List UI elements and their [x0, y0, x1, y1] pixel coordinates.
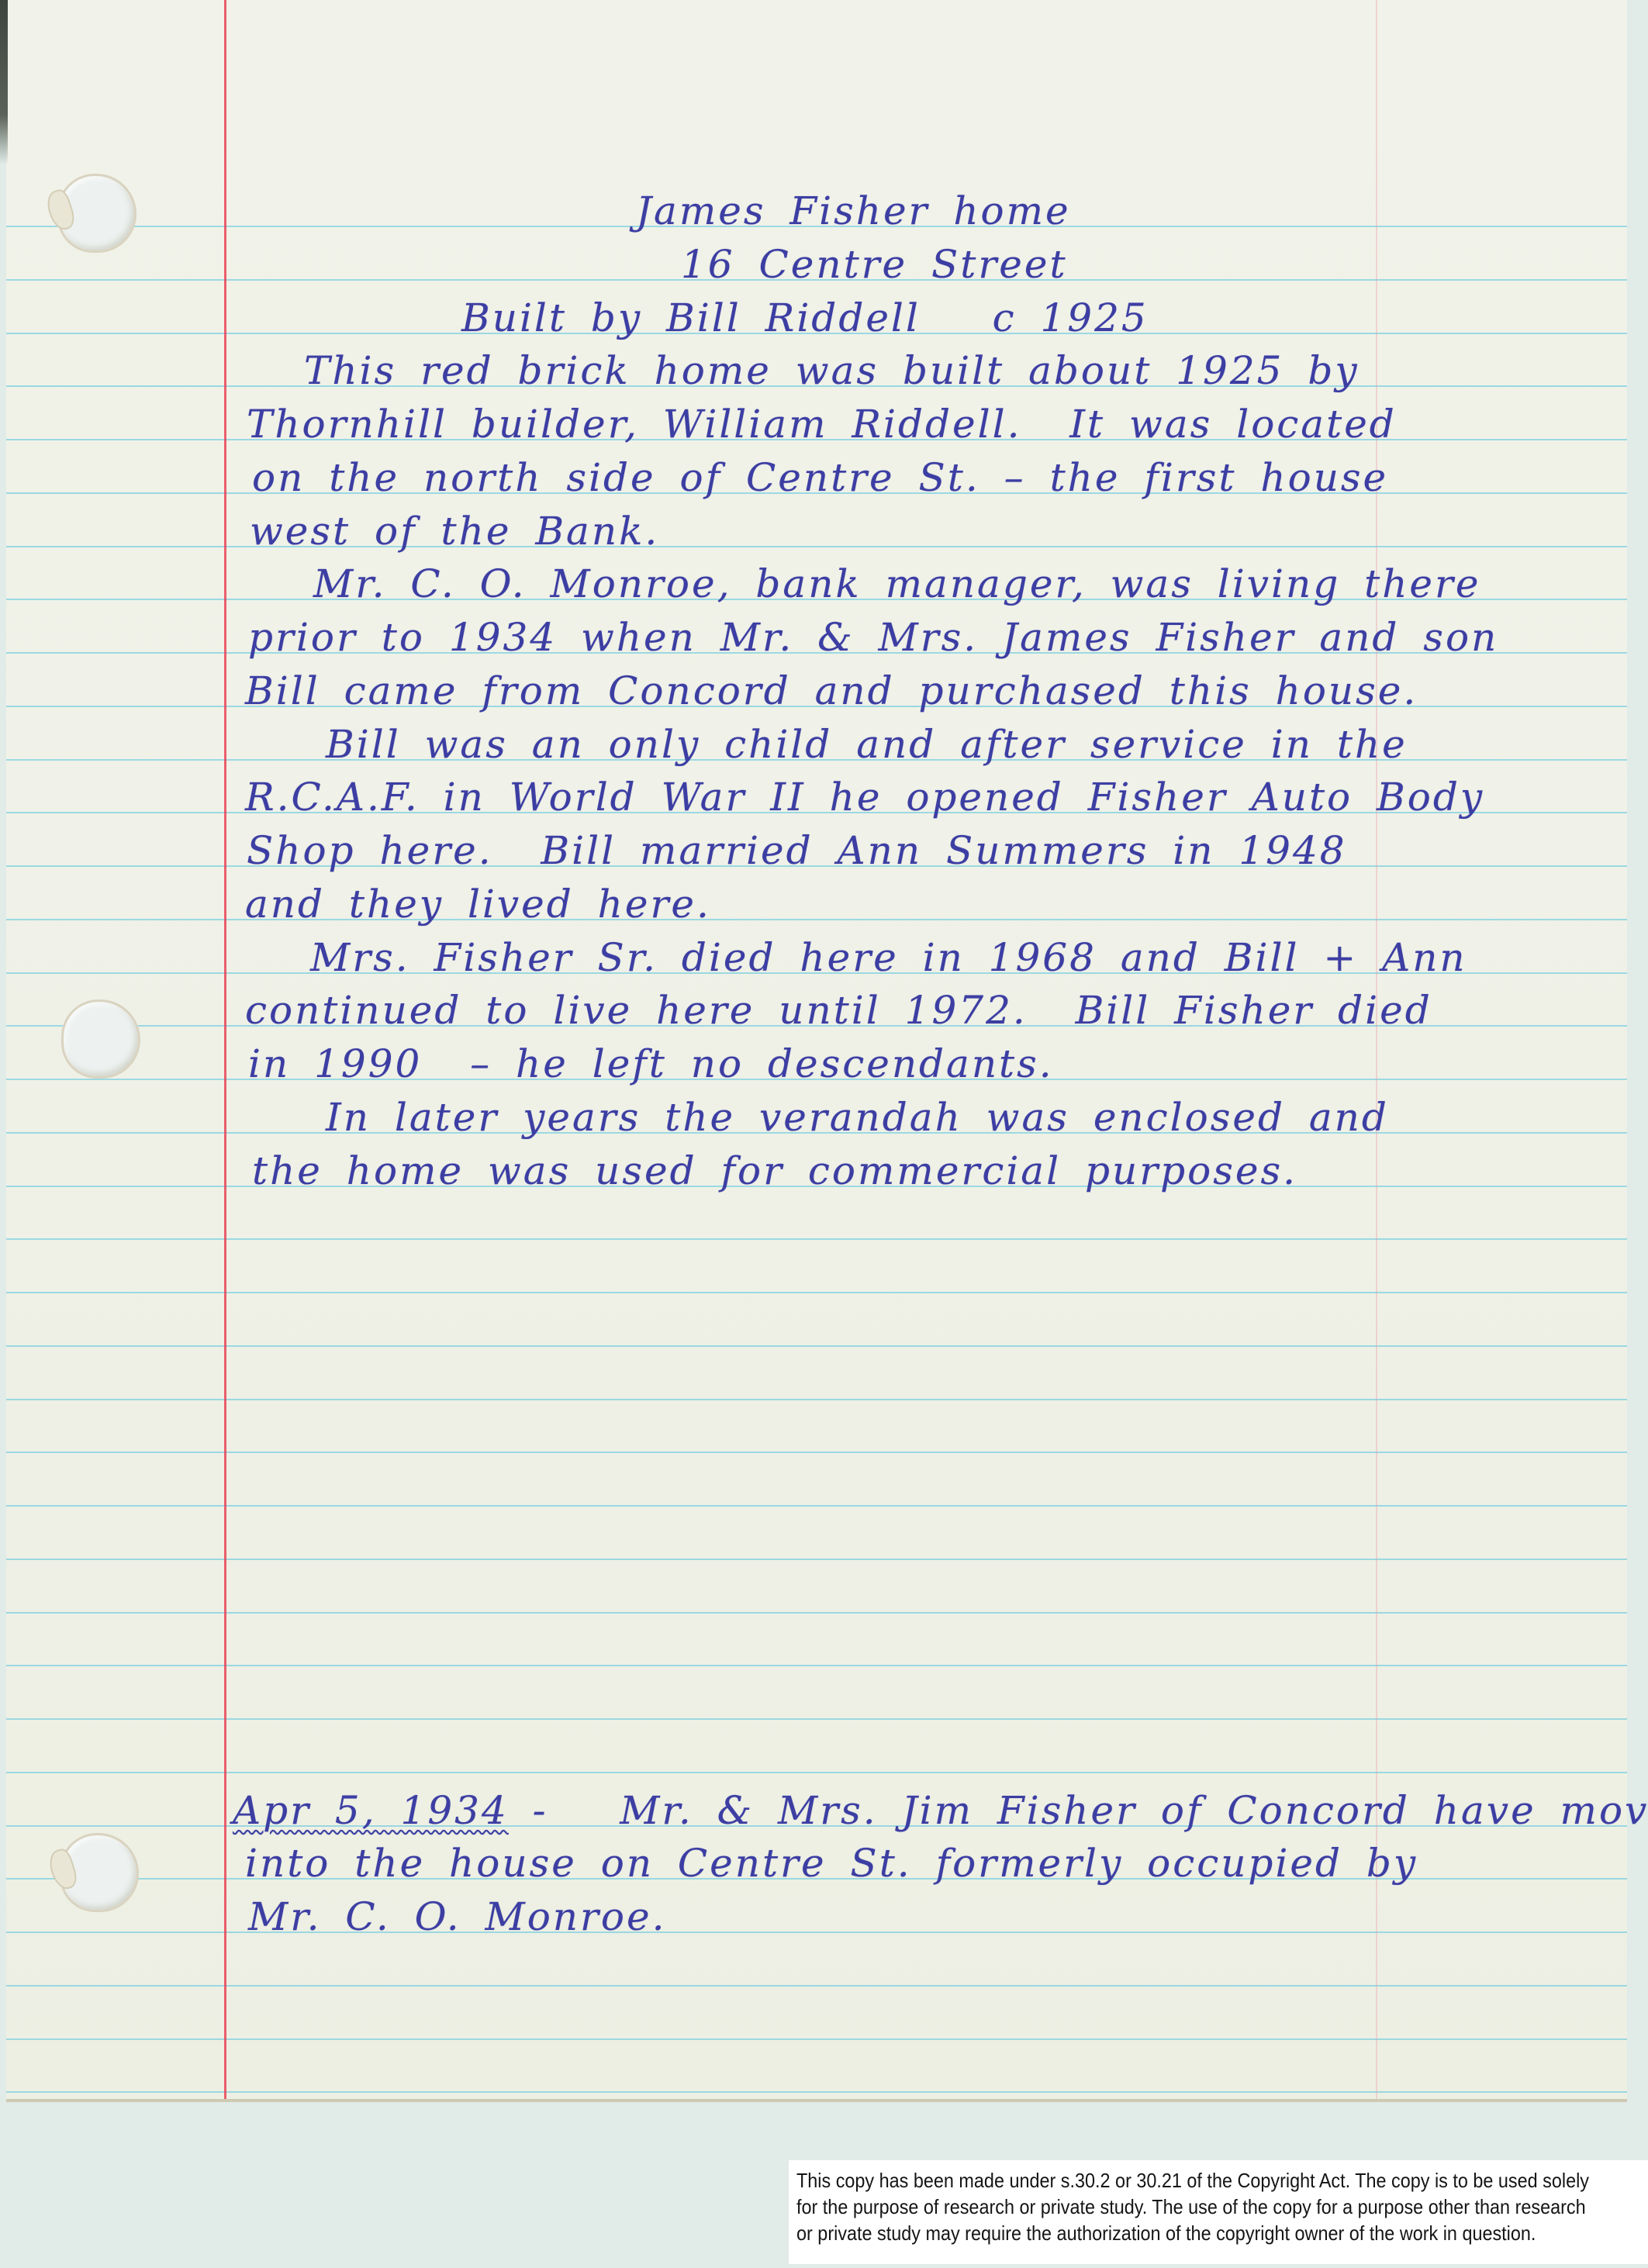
scanned-page: James Fisher home16 Centre StreetBuilt b…: [0, 0, 1648, 2268]
handwritten-line: R.C.A.F. in World War II he opened Fishe…: [245, 774, 1484, 820]
handwritten-line: In later years the verandah was enclosed…: [326, 1094, 1389, 1141]
handwritten-line: Mrs. Fisher Sr. died here in 1968 and Bi…: [310, 934, 1467, 981]
handwritten-line: Bill was an only child and after service…: [326, 721, 1408, 768]
handwritten-line: in 1990 – he left no descendants.: [248, 1041, 1054, 1087]
handwritten-line: Apr 5, 1934 - Mr. & Mrs. Jim Fisher of C…: [233, 1787, 1648, 1834]
handwritten-line: west of the Bank.: [250, 508, 659, 554]
handwritten-line: Mr. C. O. Monroe.: [248, 1893, 667, 1940]
handwritten-line: into the house on Centre St. formerly oc…: [245, 1840, 1418, 1887]
handwritten-line: the home was used for commercial purpose…: [252, 1148, 1297, 1194]
handwritten-line: Bill came from Concord and purchased thi…: [245, 668, 1418, 714]
copyright-notice: This copy has been made under s.30.2 or …: [789, 2160, 1648, 2264]
handwritten-line: Shop here. Bill married Ann Summers in 1…: [247, 827, 1347, 874]
handwritten-line: prior to 1934 when Mr. & Mrs. James Fish…: [248, 614, 1498, 661]
handwritten-line: 16 Centre Street: [681, 241, 1068, 288]
handwritten-line: on the north side of Centre St. – the fi…: [252, 454, 1388, 501]
handwritten-line: This red brick home was built about 1925…: [304, 347, 1360, 394]
handwritten-line: Thornhill builder, William Riddell. It w…: [247, 401, 1397, 447]
handwritten-text: James Fisher home16 Centre StreetBuilt b…: [0, 0, 1648, 2268]
handwritten-line: Mr. C. O. Monroe, bank manager, was livi…: [313, 561, 1480, 607]
copyright-line: for the purpose of research or private s…: [796, 2194, 1648, 2220]
handwritten-line: and they lived here.: [245, 881, 711, 927]
handwritten-line: Built by Bill Riddell c 1925: [461, 295, 1149, 341]
copyright-line: This copy has been made under s.30.2 or …: [796, 2167, 1648, 2194]
copyright-line: or private study may require the authori…: [796, 2220, 1648, 2246]
handwritten-line: James Fisher home: [636, 188, 1071, 234]
handwritten-line: continued to live here until 1972. Bill …: [245, 987, 1432, 1034]
underlined-date: Apr 5, 1934: [233, 1788, 509, 1833]
